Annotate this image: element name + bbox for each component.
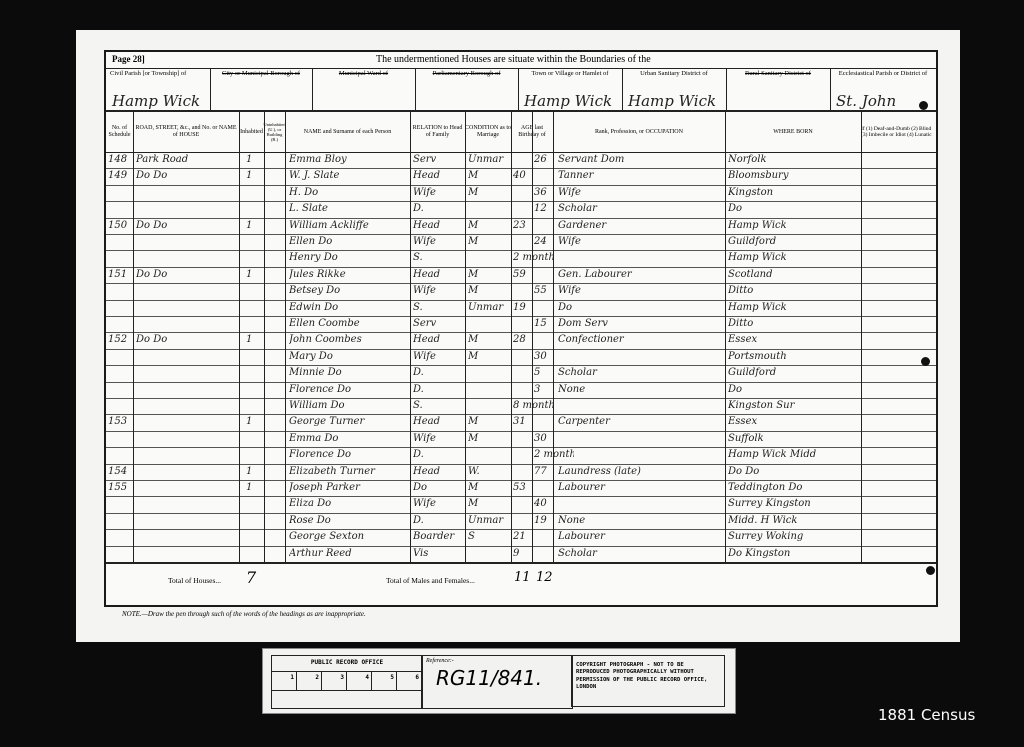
cell-born: Suffolk xyxy=(728,431,858,447)
cell-occupation: Tanner xyxy=(558,168,723,184)
cell-inhabited: 1 xyxy=(246,480,262,496)
cell-occupation: Gardener xyxy=(558,218,723,234)
cell-road: Do Do xyxy=(136,332,236,348)
cell-name: Betsey Do xyxy=(289,283,409,299)
cell-schedule: 151 xyxy=(108,267,132,283)
cell-schedule xyxy=(108,513,132,529)
cell-born: Midd. H Wick xyxy=(728,513,858,529)
cell-condition xyxy=(468,546,510,562)
civil-parish-label: Civil Parish [or Township] of xyxy=(106,68,210,77)
cell-condition xyxy=(468,382,510,398)
cell-inhabited: 1 xyxy=(246,218,262,234)
cell-name: Elizabeth Turner xyxy=(289,464,409,480)
cell-occupation: Do xyxy=(558,300,723,316)
footnote: NOTE.—Draw the pen through such of the w… xyxy=(122,610,366,618)
cell-relation: Head xyxy=(413,464,463,480)
cell-occupation: Dom Serv xyxy=(558,316,723,332)
cell-road xyxy=(136,398,236,414)
cell-name: Ellen Do xyxy=(289,234,409,250)
cell-inhabited xyxy=(246,283,262,299)
cell-road: Do Do xyxy=(136,218,236,234)
cell-occupation xyxy=(558,349,723,365)
cell-relation: Head xyxy=(413,332,463,348)
table-row: Betsey DoWifeM55WifeDitto xyxy=(106,283,936,300)
cell-road xyxy=(136,414,236,430)
cell-name: George Turner xyxy=(289,414,409,430)
cell-condition: M xyxy=(468,431,510,447)
table-row: George SextonBoarderS21LabourerSurrey Wo… xyxy=(106,529,936,546)
total-persons-label: Total of Males and Females... xyxy=(386,576,475,585)
cell-relation: D. xyxy=(413,382,463,398)
cell-relation: D. xyxy=(413,365,463,381)
table-row: Minnie DoD.5ScholarGuildford xyxy=(106,365,936,382)
cell-road xyxy=(136,300,236,316)
cell-occupation: Scholar xyxy=(558,201,723,217)
cell-born: Essex xyxy=(728,414,858,430)
cell-name: Florence Do xyxy=(289,382,409,398)
cell-condition: Unmar xyxy=(468,152,510,168)
col-infirmity: If (1) Deaf-and-Dumb (2) Blind (3) Imbec… xyxy=(861,110,936,153)
cell-road: Do Do xyxy=(136,267,236,283)
cell-name: Eliza Do xyxy=(289,496,409,512)
cell-inhabited xyxy=(246,447,262,463)
cell-condition xyxy=(468,398,510,414)
cell-born: Do xyxy=(728,201,858,217)
cell-schedule: 154 xyxy=(108,464,132,480)
cell-inhabited: 1 xyxy=(246,414,262,430)
cell-born: Surrey Kingston xyxy=(728,496,858,512)
cell-condition: W. xyxy=(468,464,510,480)
cell-condition xyxy=(468,365,510,381)
cell-inhabited xyxy=(246,365,262,381)
cell-born: Guildford xyxy=(728,365,858,381)
cell-occupation xyxy=(558,496,723,512)
cell-born: Essex xyxy=(728,332,858,348)
cell-condition: M xyxy=(468,218,510,234)
cell-occupation: Wife xyxy=(558,283,723,299)
cell-name: L. Slate xyxy=(289,201,409,217)
table-row: 1541Elizabeth TurnerHeadW.77Laundress (l… xyxy=(106,464,936,481)
table-row: Eliza DoWifeM40Surrey Kingston xyxy=(106,496,936,513)
cell-schedule xyxy=(108,283,132,299)
cell-name: Mary Do xyxy=(289,349,409,365)
cell-schedule xyxy=(108,398,132,414)
cell-road xyxy=(136,234,236,250)
col-name: NAME and Surname of each Person xyxy=(285,110,411,153)
ecclesiastical-parish-label: Ecclesiastical Parish or District of xyxy=(830,68,936,77)
table-row: 148Park Road1Emma BloyServUnmar26Servant… xyxy=(106,152,936,169)
cell-relation: Head xyxy=(413,267,463,283)
cell-inhabited xyxy=(246,496,262,512)
scale-mark: 3 xyxy=(322,672,347,690)
cell-condition xyxy=(468,316,510,332)
cell-born: Kingston xyxy=(728,185,858,201)
cell-road xyxy=(136,349,236,365)
cell-schedule xyxy=(108,300,132,316)
cell-road xyxy=(136,513,236,529)
table-row: William DoS.8 monthsKingston Sur xyxy=(106,398,936,415)
caption: 1881 Census xyxy=(878,706,975,724)
cell-name: John Coombes xyxy=(289,332,409,348)
table-row: Florence DoD.3NoneDo xyxy=(106,382,936,399)
cell-relation: Wife xyxy=(413,283,463,299)
table-row: Edwin DoS.Unmar19DoHamp Wick xyxy=(106,300,936,317)
cell-condition: M xyxy=(468,496,510,512)
cell-name: William Do xyxy=(289,398,409,414)
cell-relation: S. xyxy=(413,398,463,414)
cell-born: Norfolk xyxy=(728,152,858,168)
reference-value: RG11/841. xyxy=(422,666,572,690)
cell-inhabited xyxy=(246,546,262,562)
col-uninhabited: Uninhabited (U.), or Building (B.) xyxy=(264,110,286,153)
cell-road xyxy=(136,480,236,496)
cell-schedule xyxy=(108,546,132,562)
table-row: 149Do Do1W. J. SlateHeadM40TannerBloomsb… xyxy=(106,168,936,185)
cell-condition: Unmar xyxy=(468,513,510,529)
cell-road: Park Road xyxy=(136,152,236,168)
cell-born: Do Do xyxy=(728,464,858,480)
total-houses-label: Total of Houses... xyxy=(168,576,221,585)
record-office-label: PUBLIC RECORD OFFICE xyxy=(272,656,422,672)
cell-born: Hamp Wick xyxy=(728,300,858,316)
cell-condition: M xyxy=(468,234,510,250)
cell-relation: Boarder xyxy=(413,529,463,545)
cell-relation: Wife xyxy=(413,234,463,250)
cell-road xyxy=(136,250,236,266)
cell-born: Do Kingston xyxy=(728,546,858,562)
cell-condition xyxy=(468,201,510,217)
total-houses-value: 7 xyxy=(246,568,256,587)
table-row: Mary DoWifeM30Portsmouth xyxy=(106,349,936,366)
cell-relation: Wife xyxy=(413,349,463,365)
cell-road xyxy=(136,283,236,299)
urban-sanitary-value: Hamp Wick xyxy=(628,92,716,110)
cell-inhabited xyxy=(246,316,262,332)
cell-occupation: None xyxy=(558,382,723,398)
col-where-born: WHERE BORN xyxy=(725,110,862,153)
cell-relation: Wife xyxy=(413,431,463,447)
cell-road xyxy=(136,546,236,562)
cell-road xyxy=(136,447,236,463)
cell-born: Scotland xyxy=(728,267,858,283)
cell-relation: Vis xyxy=(413,546,463,562)
col-condition: CONDITION as to Marriage xyxy=(465,110,512,153)
cell-occupation: Scholar xyxy=(558,365,723,381)
cell-inhabited: 1 xyxy=(246,267,262,283)
copyright-notice: COPYRIGHT PHOTOGRAPH - NOT TO BE REPRODU… xyxy=(571,655,725,707)
col-relation: RELATION to Head of Family xyxy=(410,110,466,153)
cell-relation: Serv xyxy=(413,152,463,168)
cell-road xyxy=(136,365,236,381)
cell-inhabited xyxy=(246,234,262,250)
cell-schedule xyxy=(108,185,132,201)
page-label: Page 28] xyxy=(112,54,145,64)
scale-mark: 5 xyxy=(372,672,397,690)
banner-text: The undermentioned Houses are situate wi… xyxy=(376,54,651,65)
cell-road xyxy=(136,496,236,512)
cell-occupation: None xyxy=(558,513,723,529)
municipal-ward-label: Municipal Ward of xyxy=(312,68,415,77)
cell-name: Edwin Do xyxy=(289,300,409,316)
cell-relation: D. xyxy=(413,447,463,463)
cell-road xyxy=(136,201,236,217)
cell-occupation: Carpenter xyxy=(558,414,723,430)
cell-relation: S. xyxy=(413,300,463,316)
cell-born: Teddington Do xyxy=(728,480,858,496)
col-road: ROAD, STREET, &c., and No. or NAME of HO… xyxy=(133,110,240,153)
col-schedule: No. of Schedule xyxy=(106,110,134,153)
cell-relation: D. xyxy=(413,513,463,529)
cell-relation: Head xyxy=(413,414,463,430)
rural-sanitary-label: Rural Sanitary District of xyxy=(726,68,830,77)
reference-label: Reference:- xyxy=(422,656,572,666)
scale-mark: 1 xyxy=(272,672,297,690)
cell-condition: Unmar xyxy=(468,300,510,316)
cell-born: Ditto xyxy=(728,316,858,332)
total-females: 12 xyxy=(536,570,553,585)
cell-road xyxy=(136,185,236,201)
cell-name: W. J. Slate xyxy=(289,168,409,184)
cell-born: Hamp Wick xyxy=(728,218,858,234)
cell-occupation: Labourer xyxy=(558,480,723,496)
cell-relation: Wife xyxy=(413,496,463,512)
cell-name: Joseph Parker xyxy=(289,480,409,496)
table-row: Rose DoD.Unmar19NoneMidd. H Wick xyxy=(106,513,936,530)
cell-inhabited xyxy=(246,398,262,414)
cell-occupation: Labourer xyxy=(558,529,723,545)
cell-relation: Do xyxy=(413,480,463,496)
cell-road xyxy=(136,529,236,545)
cell-inhabited xyxy=(246,201,262,217)
col-occupation: Rank, Profession, or OCCUPATION xyxy=(553,110,726,153)
cell-name: Emma Do xyxy=(289,431,409,447)
table-row: 152Do Do1John CoombesHeadM28Confectioner… xyxy=(106,332,936,349)
cell-schedule xyxy=(108,365,132,381)
cell-schedule xyxy=(108,201,132,217)
municipal-borough-label: City or Municipal Borough of xyxy=(210,68,312,77)
table-row: H. DoWifeM36WifeKingston xyxy=(106,185,936,202)
cell-occupation: Confectioner xyxy=(558,332,723,348)
table-row: 1551Joseph ParkerDoM53LabourerTeddington… xyxy=(106,480,936,497)
cell-schedule: 152 xyxy=(108,332,132,348)
cell-condition: M xyxy=(468,480,510,496)
record-office-strip: PUBLIC RECORD OFFICE 123456 Reference:- … xyxy=(262,648,736,714)
cell-inhabited xyxy=(246,300,262,316)
cell-road: Do Do xyxy=(136,168,236,184)
cell-occupation: Laundress (late) xyxy=(558,464,723,480)
cell-name: Henry Do xyxy=(289,250,409,266)
cell-name: George Sexton xyxy=(289,529,409,545)
cell-born: Ditto xyxy=(728,283,858,299)
cell-inhabited: 1 xyxy=(246,168,262,184)
cell-occupation: Gen. Labourer xyxy=(558,267,723,283)
cell-inhabited xyxy=(246,382,262,398)
cell-schedule: 149 xyxy=(108,168,132,184)
cell-schedule xyxy=(108,496,132,512)
cell-condition: M xyxy=(468,168,510,184)
cell-born: Portsmouth xyxy=(728,349,858,365)
table-row: Henry DoS.2 monthsHamp Wick xyxy=(106,250,936,267)
cell-name: Minnie Do xyxy=(289,365,409,381)
table-row: Florence DoD.2 monthsHamp Wick Midd xyxy=(106,447,936,464)
cell-occupation xyxy=(558,431,723,447)
cell-condition: M xyxy=(468,185,510,201)
cell-schedule xyxy=(108,250,132,266)
table-row: Arthur ReedVis9ScholarDo Kingston xyxy=(106,546,936,563)
census-sheet: Page 28] The undermentioned Houses are s… xyxy=(104,50,938,607)
cell-born: Hamp Wick xyxy=(728,250,858,266)
cell-road xyxy=(136,316,236,332)
cell-born: Kingston Sur xyxy=(728,398,858,414)
cell-occupation: Wife xyxy=(558,234,723,250)
parliamentary-borough-label: Parliamentary Borough of xyxy=(415,68,518,77)
cell-schedule: 150 xyxy=(108,218,132,234)
table-row: Ellen DoWifeM24WifeGuildford xyxy=(106,234,936,251)
cell-inhabited xyxy=(246,250,262,266)
cell-relation: D. xyxy=(413,201,463,217)
cell-name: Rose Do xyxy=(289,513,409,529)
urban-sanitary-label: Urban Sanitary District of xyxy=(622,68,726,77)
totals-row: Total of Houses... 7 Total of Males and … xyxy=(106,562,936,604)
table-row: L. SlateD.12ScholarDo xyxy=(106,201,936,218)
cell-condition xyxy=(468,447,510,463)
cell-condition: M xyxy=(468,349,510,365)
cell-schedule xyxy=(108,431,132,447)
scale-mark: 4 xyxy=(347,672,372,690)
cell-name: Emma Bloy xyxy=(289,152,409,168)
cell-condition: S xyxy=(468,529,510,545)
cell-occupation: Wife xyxy=(558,185,723,201)
cell-occupation xyxy=(558,447,723,463)
scale-mark: 6 xyxy=(397,672,422,690)
cell-schedule: 155 xyxy=(108,480,132,496)
cell-born: Surrey Woking xyxy=(728,529,858,545)
cell-occupation xyxy=(558,250,723,266)
cell-relation: Head xyxy=(413,218,463,234)
cell-condition: M xyxy=(468,283,510,299)
cell-inhabited xyxy=(246,185,262,201)
cell-condition: M xyxy=(468,267,510,283)
cell-schedule xyxy=(108,349,132,365)
cell-road xyxy=(136,464,236,480)
cell-occupation: Scholar xyxy=(558,546,723,562)
cell-name: Arthur Reed xyxy=(289,546,409,562)
table-row: 151Do Do1Jules RikkeHeadM59Gen. Labourer… xyxy=(106,267,936,284)
cell-inhabited xyxy=(246,349,262,365)
town-village-label: Town or Village or Hamlet of xyxy=(518,68,622,77)
total-males: 11 xyxy=(514,570,531,585)
civil-parish-value: Hamp Wick xyxy=(112,92,200,110)
table-row: 1531George TurnerHeadM31CarpenterEssex xyxy=(106,414,936,431)
cell-schedule xyxy=(108,316,132,332)
scale-mark: 2 xyxy=(297,672,322,690)
cell-born: Guildford xyxy=(728,234,858,250)
cell-road xyxy=(136,431,236,447)
cell-occupation xyxy=(558,398,723,414)
cell-inhabited: 1 xyxy=(246,332,262,348)
cell-relation: S. xyxy=(413,250,463,266)
cell-schedule xyxy=(108,234,132,250)
table-row: Ellen CoombeServ15Dom ServDitto xyxy=(106,316,936,333)
cell-road xyxy=(136,382,236,398)
cell-inhabited: 1 xyxy=(246,152,262,168)
cell-name: Ellen Coombe xyxy=(289,316,409,332)
town-village-value: Hamp Wick xyxy=(524,92,612,110)
cell-inhabited xyxy=(246,431,262,447)
cell-name: Jules Rikke xyxy=(289,267,409,283)
cell-inhabited xyxy=(246,529,262,545)
cell-schedule xyxy=(108,382,132,398)
cell-name: William Ackliffe xyxy=(289,218,409,234)
cell-relation: Wife xyxy=(413,185,463,201)
cell-occupation: Servant Dom xyxy=(558,152,723,168)
cell-schedule: 148 xyxy=(108,152,132,168)
cell-relation: Head xyxy=(413,168,463,184)
cell-schedule xyxy=(108,447,132,463)
col-inhabited: Inhabited xyxy=(239,110,265,153)
table-row: Emma DoWifeM30Suffolk xyxy=(106,431,936,448)
cell-condition: M xyxy=(468,332,510,348)
cell-born: Hamp Wick Midd xyxy=(728,447,858,463)
table-row: 150Do Do1William AckliffeHeadM23Gardener… xyxy=(106,218,936,235)
cell-condition xyxy=(468,250,510,266)
cell-schedule: 153 xyxy=(108,414,132,430)
cell-name: Florence Do xyxy=(289,447,409,463)
cell-relation: Serv xyxy=(413,316,463,332)
cell-born: Do xyxy=(728,382,858,398)
cell-inhabited: 1 xyxy=(246,464,262,480)
ecclesiastical-parish-value: St. John xyxy=(836,92,896,110)
cell-inhabited xyxy=(246,513,262,529)
cell-born: Bloomsbury xyxy=(728,168,858,184)
cell-condition: M xyxy=(468,414,510,430)
cell-schedule xyxy=(108,529,132,545)
cell-name: H. Do xyxy=(289,185,409,201)
